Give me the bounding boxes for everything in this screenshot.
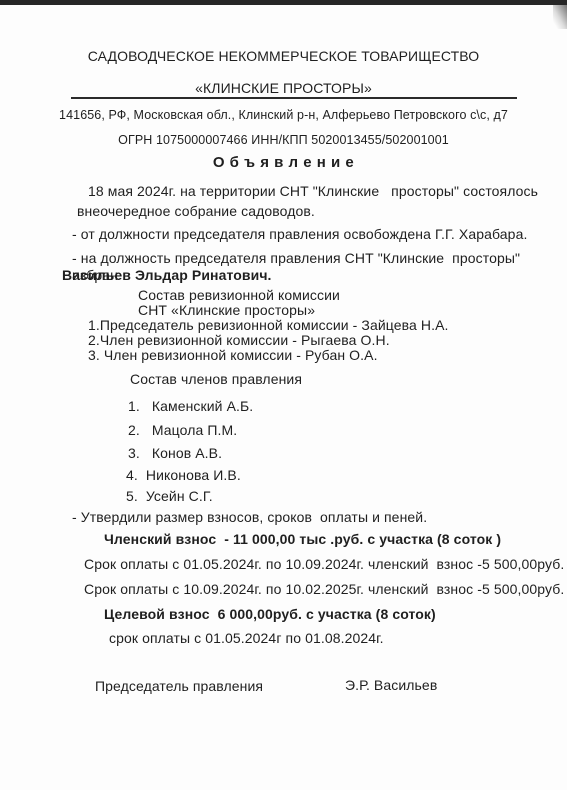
header-divider xyxy=(71,97,517,99)
signature-role: Председатель правления xyxy=(95,678,263,695)
intro-line-1: 18 мая 2024г. на территории СНТ "Клински… xyxy=(88,183,538,200)
membership-fee-term: Срок оплаты с 10.09.2024г. по 10.02.2025… xyxy=(84,581,564,598)
membership-fee-line: Членский взнос - 11 000,00 тыс .руб. с у… xyxy=(104,531,501,548)
target-fee-term: срок оплаты с 01.05.2024г по 01.08.2024г… xyxy=(109,630,384,647)
org-name-line1: САДОВОДЧЕСКОЕ НЕКОММЕРЧЕСКОЕ ТОВАРИЩЕСТВ… xyxy=(0,48,567,65)
intro-line-2: внеочередное собрание садоводов. xyxy=(77,203,315,220)
document-title: О б ъ я в л е н и е xyxy=(0,154,567,171)
scan-edge-bar xyxy=(0,0,567,5)
board-member: 2. Мацола П.М. xyxy=(128,422,237,439)
target-fee-line: Целевой взнос 6 000,00руб. с участка (8 … xyxy=(104,606,436,623)
scan-corner-smudge xyxy=(553,5,567,29)
document-page: САДОВОДЧЕСКОЕ НЕКОММЕРЧЕСКОЕ ТОВАРИЩЕСТВ… xyxy=(0,0,567,790)
registration-line: ОГРН 1075000007466 ИНН/КПП 5020013455/50… xyxy=(0,132,567,149)
address-line: 141656, РФ, Московская обл., Клинский р-… xyxy=(0,107,567,124)
decision-dismissal: - от должности председателя правления ос… xyxy=(72,226,527,243)
board-member: 4. Никонова И.В. xyxy=(126,467,241,484)
board-member: 1. Каменский А.Б. xyxy=(128,398,253,415)
elected-chairman-name: Васильев Эльдар Ринатович. xyxy=(62,267,272,284)
membership-fee-term: Срок оплаты с 01.05.2024г. по 10.09.2024… xyxy=(84,556,564,573)
audit-commission-member: 3. Член ревизионной комиссии - Рубан О.А… xyxy=(88,347,378,364)
board-member: 3. Конов А.В. xyxy=(128,445,222,462)
board-member: 5. Усейн С.Г. xyxy=(126,488,213,505)
board-heading: Состав членов правления xyxy=(130,371,302,388)
org-name-line2: «КЛИНСКИЕ ПРОСТОРЫ» xyxy=(0,80,567,97)
fees-approved-line: - Утвердили размер взносов, сроков оплат… xyxy=(72,509,427,526)
signature-name: Э.Р. Васильев xyxy=(345,677,437,694)
